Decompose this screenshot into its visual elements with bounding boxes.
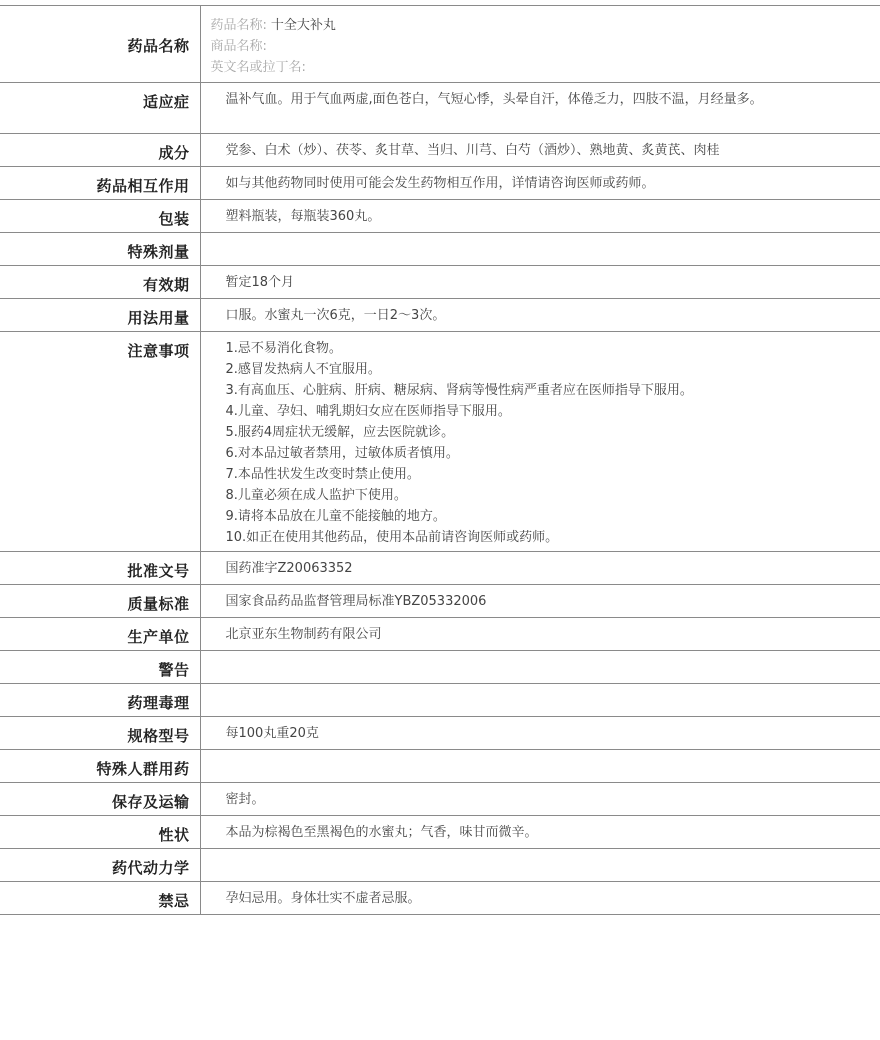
label-storage: 保存及运输 [0,783,200,816]
label-drug-name: 药品名称 [0,6,200,83]
generic-name-value: 十全大补丸 [271,18,336,33]
value-pharmacokinetics [200,849,880,882]
label-quality-standard: 质量标准 [0,585,200,618]
label-warning: 警告 [0,651,200,684]
value-approval-number: 国药准字Z20063352 [200,552,880,585]
row-storage: 保存及运输 密封。 [0,783,880,816]
row-ingredients: 成分 党参、白术（炒）、茯苓、炙甘草、当归、川芎、白芍（酒炒）、熟地黄、炙黄芪、… [0,134,880,167]
label-specification: 规格型号 [0,717,200,750]
row-approval-number: 批准文号 国药准字Z20063352 [0,552,880,585]
label-precautions: 注意事项 [0,332,200,552]
row-drug-name: 药品名称 药品名称:十全大补丸 商品名称: 英文名或拉丁名: [0,6,880,83]
generic-name-key: 药品名称: [211,18,267,33]
value-ingredients: 党参、白术（炒）、茯苓、炙甘草、当归、川芎、白芍（酒炒）、熟地黄、炙黄芪、肉桂 [200,134,880,167]
label-pharmacokinetics: 药代动力学 [0,849,200,882]
row-description: 性状 本品为棕褐色至黑褐色的水蜜丸；气香，味甘而微辛。 [0,816,880,849]
value-storage: 密封。 [200,783,880,816]
value-precautions: 1.忌不易消化食物。 2.感冒发热病人不宜服用。 3.有高血压、心脏病、肝病、糖… [200,332,880,552]
label-indication: 适应症 [0,83,200,134]
row-pharmacokinetics: 药代动力学 [0,849,880,882]
label-shelf-life: 有效期 [0,266,200,299]
precaution-item: 7.本品性状发生改变时禁止使用。 [226,464,791,485]
value-warning [200,651,880,684]
label-packaging: 包装 [0,200,200,233]
row-usage: 用法用量 口服。水蜜丸一次6克，一日2～3次。 [0,299,880,332]
label-approval-number: 批准文号 [0,552,200,585]
row-special-populations: 特殊人群用药 [0,750,880,783]
precaution-item: 5.服药4周症状无缓解，应去医院就诊。 [226,422,791,443]
value-drug-name: 药品名称:十全大补丸 商品名称: 英文名或拉丁名: [200,6,880,83]
row-packaging: 包装 塑料瓶装，每瓶装360丸。 [0,200,880,233]
row-warning: 警告 [0,651,880,684]
label-pharmacology: 药理毒理 [0,684,200,717]
value-quality-standard: 国家食品药品监督管理局标准YBZ05332006 [200,585,880,618]
precaution-item: 9.请将本品放在儿童不能接触的地方。 [226,506,791,527]
latin-name-key: 英文名或拉丁名: [211,60,306,75]
value-contraindications: 孕妇忌用。身体壮实不虚者忌服。 [200,882,880,915]
label-special-populations: 特殊人群用药 [0,750,200,783]
trade-name-line: 商品名称: [211,36,791,57]
value-description: 本品为棕褐色至黑褐色的水蜜丸；气香，味甘而微辛。 [200,816,880,849]
label-usage: 用法用量 [0,299,200,332]
generic-name-line: 药品名称:十全大补丸 [211,15,791,36]
value-packaging: 塑料瓶装，每瓶装360丸。 [200,200,880,233]
row-manufacturer: 生产单位 北京亚东生物制药有限公司 [0,618,880,651]
trade-name-key: 商品名称: [211,39,267,54]
precaution-item: 3.有高血压、心脏病、肝病、糖尿病、肾病等慢性病严重者应在医师指导下服用。 [226,380,791,401]
precaution-item: 8.儿童必须在成人监护下使用。 [226,485,791,506]
precaution-item: 2.感冒发热病人不宜服用。 [226,359,791,380]
label-manufacturer: 生产单位 [0,618,200,651]
precaution-item: 10.如正在使用其他药品，使用本品前请咨询医师或药师。 [226,527,791,548]
value-special-populations [200,750,880,783]
value-shelf-life: 暂定18个月 [200,266,880,299]
label-description: 性状 [0,816,200,849]
label-contraindications: 禁忌 [0,882,200,915]
precaution-item: 1.忌不易消化食物。 [226,338,791,359]
precaution-item: 6.对本品过敏者禁用，过敏体质者慎用。 [226,443,791,464]
row-interactions: 药品相互作用 如与其他药物同时使用可能会发生药物相互作用，详情请咨询医师或药师。 [0,167,880,200]
label-special-dosage: 特殊剂量 [0,233,200,266]
row-indication: 适应症 温补气血。用于气血两虚,面色苍白，气短心悸，头晕自汗，体倦乏力，四肢不温… [0,83,880,134]
row-pharmacology: 药理毒理 [0,684,880,717]
row-contraindications: 禁忌 孕妇忌用。身体壮实不虚者忌服。 [0,882,880,915]
row-specification: 规格型号 每100丸重20克 [0,717,880,750]
row-shelf-life: 有效期 暂定18个月 [0,266,880,299]
label-ingredients: 成分 [0,134,200,167]
row-precautions: 注意事项 1.忌不易消化食物。 2.感冒发热病人不宜服用。 3.有高血压、心脏病… [0,332,880,552]
row-quality-standard: 质量标准 国家食品药品监督管理局标准YBZ05332006 [0,585,880,618]
row-special-dosage: 特殊剂量 [0,233,880,266]
drug-spec-table: 药品名称 药品名称:十全大补丸 商品名称: 英文名或拉丁名: 适应症 温补气血。… [0,5,880,915]
value-specification: 每100丸重20克 [200,717,880,750]
label-interactions: 药品相互作用 [0,167,200,200]
latin-name-line: 英文名或拉丁名: [211,57,791,78]
precaution-item: 4.儿童、孕妇、哺乳期妇女应在医师指导下服用。 [226,401,791,422]
value-indication: 温补气血。用于气血两虚,面色苍白，气短心悸，头晕自汗，体倦乏力，四肢不温，月经量… [200,83,880,134]
value-manufacturer: 北京亚东生物制药有限公司 [200,618,880,651]
value-special-dosage [200,233,880,266]
value-usage: 口服。水蜜丸一次6克，一日2～3次。 [200,299,880,332]
value-interactions: 如与其他药物同时使用可能会发生药物相互作用，详情请咨询医师或药师。 [200,167,880,200]
value-pharmacology [200,684,880,717]
